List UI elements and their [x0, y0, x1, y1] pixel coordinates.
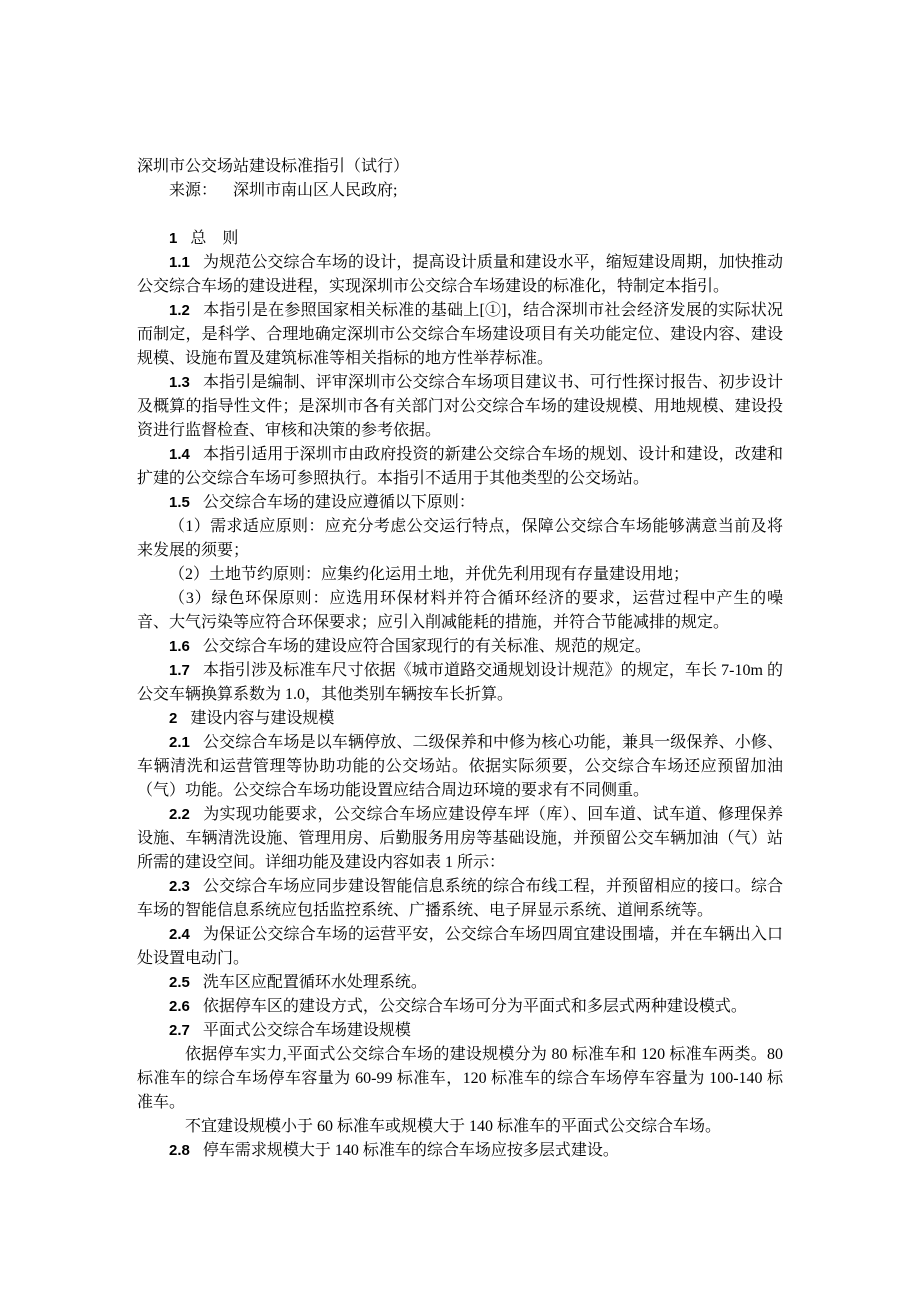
- paragraph-2-1-text: 公交综合车场是以车辆停放、二级保养和中修为核心功能，兼具一级保养、小修、车辆清洗…: [137, 734, 783, 799]
- paragraph-scale-limit: 不宜建设规模小于 60 标准车或规模大于 140 标准车的平面式公交综合车场。: [137, 1115, 783, 1139]
- principle-item-2: （2）土地节约原则：应集约化运用土地，并优先利用现有存量建设用地；: [137, 563, 783, 587]
- paragraph-1-4-number: 1.4: [169, 446, 190, 463]
- section-1-number: 1: [169, 230, 177, 247]
- paragraph-1-7-text: 本指引涉及标准车尺寸依据《城市道路交通规划设计规范》的规定，车长 7-10m 的…: [137, 662, 783, 703]
- paragraph-2-6: 2.6依据停车区的建设方式，公交综合车场可分为平面式和多层式两种建设模式。: [137, 995, 783, 1019]
- paragraph-2-8-text: 停车需求规模大于 140 标准车的综合车场应按多层式建设。: [203, 1142, 619, 1159]
- principle-item-1: （1）需求适应原则：应充分考虑公交运行特点，保障公交综合车场能够满意当前及将来发…: [137, 515, 783, 563]
- document-page: 深圳市公交场站建设标准指引（试行） 来源：深圳市南山区人民政府; 1总 则 1.…: [0, 0, 920, 1302]
- source-label: 来源：: [169, 182, 217, 199]
- paragraph-1-4-text: 本指引适用于深圳市由政府投资的新建公交综合车场的规划、设计和建设，改建和扩建的公…: [137, 446, 783, 487]
- paragraph-1-6-text: 公交综合车场的建设应符合国家现行的有关标准、规范的规定。: [203, 638, 651, 655]
- paragraph-2-6-text: 依据停车区的建设方式，公交综合车场可分为平面式和多层式两种建设模式。: [203, 998, 747, 1015]
- paragraph-1-2: 1.2本指引是在参照国家相关标准的基础上[①]，结合深圳市社会经济发展的实际状况…: [137, 299, 783, 371]
- paragraph-1-5-number: 1.5: [169, 494, 190, 511]
- paragraph-2-5-text: 洗车区应配置循环水处理系统。: [203, 974, 427, 991]
- paragraph-2-4: 2.4为保证公交综合车场的运营平安，公交综合车场四周宜建设围墙，并在车辆出入口处…: [137, 923, 783, 971]
- paragraph-1-6: 1.6公交综合车场的建设应符合国家现行的有关标准、规范的规定。: [137, 635, 783, 659]
- paragraph-2-2-number: 2.2: [169, 806, 190, 823]
- paragraph-2-2-text: 为实现功能要求，公交综合车场应建设停车坪（库）、回车道、试车道、修理保养设施、车…: [137, 806, 783, 871]
- paragraph-2-8: 2.8停车需求规模大于 140 标准车的综合车场应按多层式建设。: [137, 1139, 783, 1163]
- paragraph-2-1: 2.1公交综合车场是以车辆停放、二级保养和中修为核心功能，兼具一级保养、小修、车…: [137, 731, 783, 803]
- paragraph-2-5: 2.5洗车区应配置循环水处理系统。: [137, 971, 783, 995]
- paragraph-2-7: 2.7平面式公交综合车场建设规模: [137, 1019, 783, 1043]
- section-2-number: 2: [169, 710, 177, 727]
- paragraph-2-2: 2.2为实现功能要求，公交综合车场应建设停车坪（库）、回车道、试车道、修理保养设…: [137, 803, 783, 875]
- paragraph-1-3-number: 1.3: [169, 374, 190, 391]
- paragraph-2-5-number: 2.5: [169, 974, 190, 991]
- blank-line: [137, 203, 783, 227]
- paragraph-2-3-text: 公交综合车场应同步建设智能信息系统的综合布线工程，并预留相应的接口。综合车场的智…: [137, 878, 783, 919]
- doc-title: 深圳市公交场站建设标准指引（试行）: [137, 155, 783, 179]
- section-2-title: 建设内容与建设规模: [190, 710, 334, 727]
- paragraph-1-7: 1.7本指引涉及标准车尺寸依据《城市道路交通规划设计规范》的规定，车长 7-10…: [137, 659, 783, 707]
- paragraph-2-4-text: 为保证公交综合车场的运营平安，公交综合车场四周宜建设围墙，并在车辆出入口处设置电…: [137, 926, 783, 967]
- paragraph-1-5-text: 公交综合车场的建设应遵循以下原则：: [203, 494, 475, 511]
- section-1-title: 总 则: [190, 230, 238, 247]
- paragraph-1-3-text: 本指引是编制、评审深圳市公交综合车场项目建议书、可行性探讨报告、初步设计及概算的…: [137, 374, 783, 439]
- paragraph-1-1-text: 为规范公交综合车场的设计，提高设计质量和建设水平，缩短建设周期，加快推动公交综合…: [137, 254, 783, 295]
- paragraph-1-4: 1.4本指引适用于深圳市由政府投资的新建公交综合车场的规划、设计和建设，改建和扩…: [137, 443, 783, 491]
- paragraph-2-1-number: 2.1: [169, 734, 190, 751]
- paragraph-1-3: 1.3本指引是编制、评审深圳市公交综合车场项目建议书、可行性探讨报告、初步设计及…: [137, 371, 783, 443]
- paragraph-2-3-number: 2.3: [169, 878, 190, 895]
- paragraph-scale-detail: 依据停车实力,平面式公交综合车场的建设规模分为 80 标准车和 120 标准车两…: [137, 1043, 783, 1115]
- section-heading-2: 2建设内容与建设规模: [137, 707, 783, 731]
- paragraph-1-2-number: 1.2: [169, 302, 190, 319]
- document-content: 深圳市公交场站建设标准指引（试行） 来源：深圳市南山区人民政府; 1总 则 1.…: [137, 155, 783, 1163]
- doc-source-line: 来源：深圳市南山区人民政府;: [137, 179, 783, 203]
- paragraph-1-1: 1.1为规范公交综合车场的设计，提高设计质量和建设水平，缩短建设周期，加快推动公…: [137, 251, 783, 299]
- principle-item-3: （3）绿色环保原则：应选用环保材料并符合循环经济的要求，运营过程中产生的噪音、大…: [137, 587, 783, 635]
- source-value: 深圳市南山区人民政府;: [233, 182, 397, 199]
- paragraph-2-8-number: 2.8: [169, 1142, 190, 1159]
- paragraph-1-7-number: 1.7: [169, 662, 190, 679]
- paragraph-1-1-number: 1.1: [169, 254, 190, 271]
- section-heading-1: 1总 则: [137, 227, 783, 251]
- paragraph-2-7-text: 平面式公交综合车场建设规模: [203, 1022, 411, 1039]
- paragraph-2-6-number: 2.6: [169, 998, 190, 1015]
- paragraph-1-6-number: 1.6: [169, 638, 190, 655]
- paragraph-1-5: 1.5公交综合车场的建设应遵循以下原则：: [137, 491, 783, 515]
- paragraph-2-7-number: 2.7: [169, 1022, 190, 1039]
- paragraph-2-4-number: 2.4: [169, 926, 190, 943]
- paragraph-2-3: 2.3公交综合车场应同步建设智能信息系统的综合布线工程，并预留相应的接口。综合车…: [137, 875, 783, 923]
- paragraph-1-2-text: 本指引是在参照国家相关标准的基础上[①]，结合深圳市社会经济发展的实际状况而制定…: [137, 302, 783, 367]
